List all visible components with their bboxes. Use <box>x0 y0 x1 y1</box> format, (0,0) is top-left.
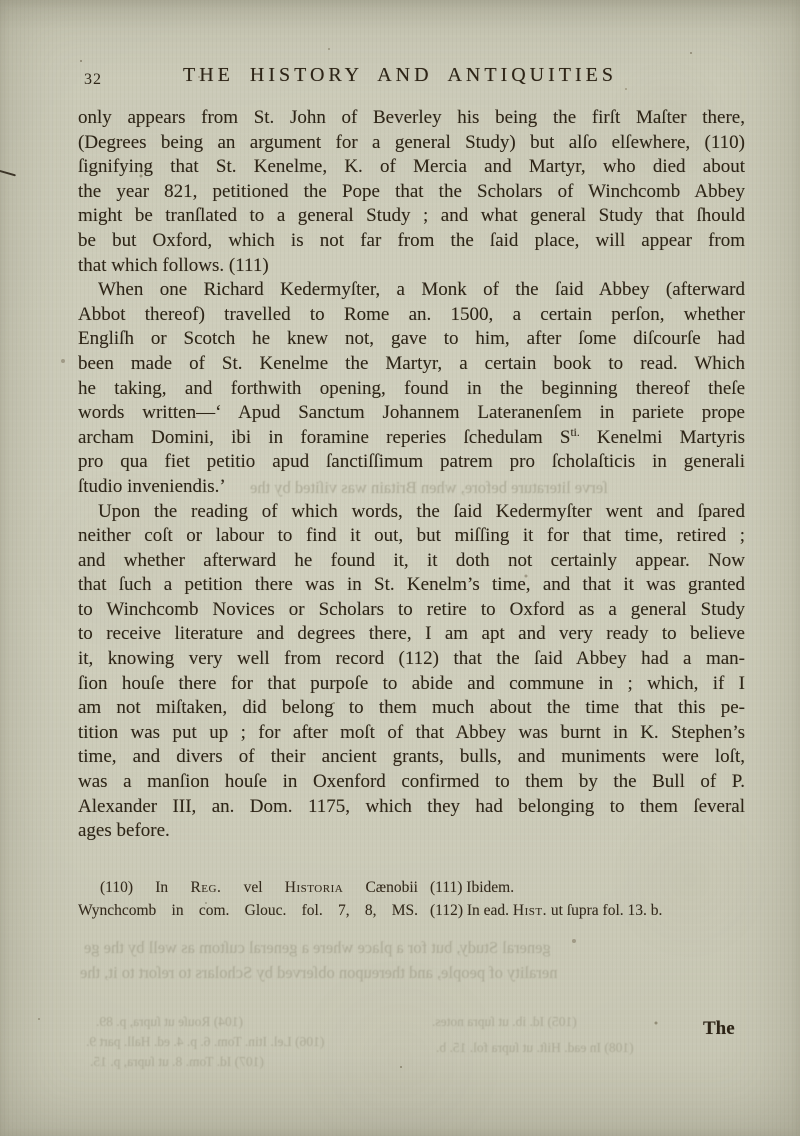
bleed-through-text: (108) In ead. Hiſt. ut ſupra fol. 15. b. <box>436 1040 634 1056</box>
text-line: ſtudio inveniendis.’ <box>78 475 745 500</box>
text-line: it, knowing very well from record (112) … <box>78 647 745 672</box>
footnote-text: ut ſupra fol. 13. b. <box>547 902 662 919</box>
text-line: he taking, and forthwith opening, found … <box>78 377 745 402</box>
text-line: to Winchcomb Novices or Scholars to reti… <box>78 598 745 623</box>
bleed-through-text: (105) Id. ib. ut ſupra notes. <box>432 1014 577 1030</box>
running-head: 32 THE HISTORY AND ANTIQUITIES <box>0 64 800 94</box>
text-line: Upon the reading of which words, the ſai… <box>78 500 745 525</box>
bleed-through-text: general Study, but for a place where a g… <box>84 938 551 958</box>
bleed-through-text: (106) Lel. Itin. Tom. 6. p. 4. ed. Hall.… <box>86 1034 324 1050</box>
text-line: that ſuch a petition there was in St. Ke… <box>78 573 745 598</box>
latin-text: Kenelmi Martyris <box>580 427 745 448</box>
bleed-through-text: nerality of people, and thereupon obſerv… <box>80 963 557 983</box>
text-line: and whether afterward he found it, it do… <box>78 549 745 574</box>
footnote-110-continued: Wynchcomb in com. Glouc. fol. 7, 8, MS. <box>78 899 418 922</box>
running-title: THE HISTORY AND ANTIQUITIES <box>0 64 800 87</box>
text-line: ſion houſe there for that purpoſe to abi… <box>78 672 745 697</box>
text-line: am not miſtaken, did belong to them much… <box>78 696 745 721</box>
paper-fiber <box>0 170 16 177</box>
footnote-111: (111) Ibidem. <box>430 876 748 899</box>
footnote-column-left: (110) In Reg. vel Historia Cænobii Wynch… <box>78 876 418 922</box>
text-line: time, and divers of their ancient grants… <box>78 745 745 770</box>
footnote-text: vel <box>221 879 284 896</box>
paragraph-3: Upon the reading of which words, the ſai… <box>78 500 745 844</box>
footnote-smallcaps: Reg. <box>190 879 221 896</box>
text-line: neither coſt or labour to find it out, b… <box>78 524 745 549</box>
text-line: When one Richard Kedermyſter, a Monk of … <box>78 278 745 303</box>
text-line-with-superscript: archam Domini, ibi in foramine reperies … <box>78 426 745 451</box>
text-line: words written—‘ Apud Sanctum Johannem La… <box>78 401 745 426</box>
text-line: might be tranſlated to a general Study ;… <box>78 204 745 229</box>
page-number: 32 <box>84 71 102 89</box>
text-line: ſignifying that St. Kenelme, K. of Merci… <box>78 155 745 180</box>
footnote-smallcaps: Historia <box>285 879 343 896</box>
footnote-text: (112) In ead. <box>430 902 513 919</box>
footnote-column-right: (111) Ibidem. (112) In ead. Hist. ut ſup… <box>430 876 748 922</box>
text-line: been made of St. Kenelme the Martyr, a c… <box>78 352 745 377</box>
text-line: Engliſh or Scotch he knew not, gave to h… <box>78 327 745 352</box>
catchword: The <box>703 1018 735 1040</box>
footnote-110: (110) In Reg. vel Historia Cænobii <box>78 876 418 899</box>
bleed-through-text: (104) Rouſe ut ſupra, p. 89. <box>96 1014 243 1030</box>
text-line: the year 821, petitioned the Pope that t… <box>78 180 745 205</box>
text-line: pro qua fiet petitio apud ſanctiſſimum p… <box>78 450 745 475</box>
footnote-text: (110) In <box>100 879 190 896</box>
text-line: that which follows. (111) <box>78 254 745 279</box>
latin-text: archam Domini, ibi in foramine reperies … <box>78 427 570 448</box>
text-line: only appears from St. John of Beverley h… <box>78 106 745 131</box>
paper-specks <box>80 60 82 62</box>
paragraph-2: When one Richard Kedermyſter, a Monk of … <box>78 278 745 499</box>
paragraph-1: only appears from St. John of Beverley h… <box>78 106 745 278</box>
text-line: (Degrees being an argument for a general… <box>78 131 745 156</box>
footnotes: (110) In Reg. vel Historia Cænobii Wynch… <box>78 876 748 922</box>
text-line: to receive literature and degrees there,… <box>78 622 745 647</box>
text-line: ages before. <box>78 819 745 844</box>
text-line: Abbot thereof) travelled to Rome an. 150… <box>78 303 745 328</box>
bleed-through-text: (107) Id. Tom. 8. ut ſupra, p. 15. <box>90 1054 264 1070</box>
footnote-112: (112) In ead. Hist. ut ſupra fol. 13. b. <box>430 899 748 922</box>
book-page-scan: ſerve literature before, when Britain wa… <box>0 0 800 1136</box>
text-line: tition was put up ; for after moſt of th… <box>78 721 745 746</box>
footnote-text: Cænobii <box>343 879 418 896</box>
text-line: was a manſion houſe in Oxenford confirme… <box>78 770 745 795</box>
text-line: Alexander III, an. Dom. 1175, which they… <box>78 795 745 820</box>
body-text: only appears from St. John of Beverley h… <box>78 106 745 844</box>
footnote-smallcaps: Hist. <box>513 902 547 919</box>
text-line: be but Oxford, which is not far from the… <box>78 229 745 254</box>
